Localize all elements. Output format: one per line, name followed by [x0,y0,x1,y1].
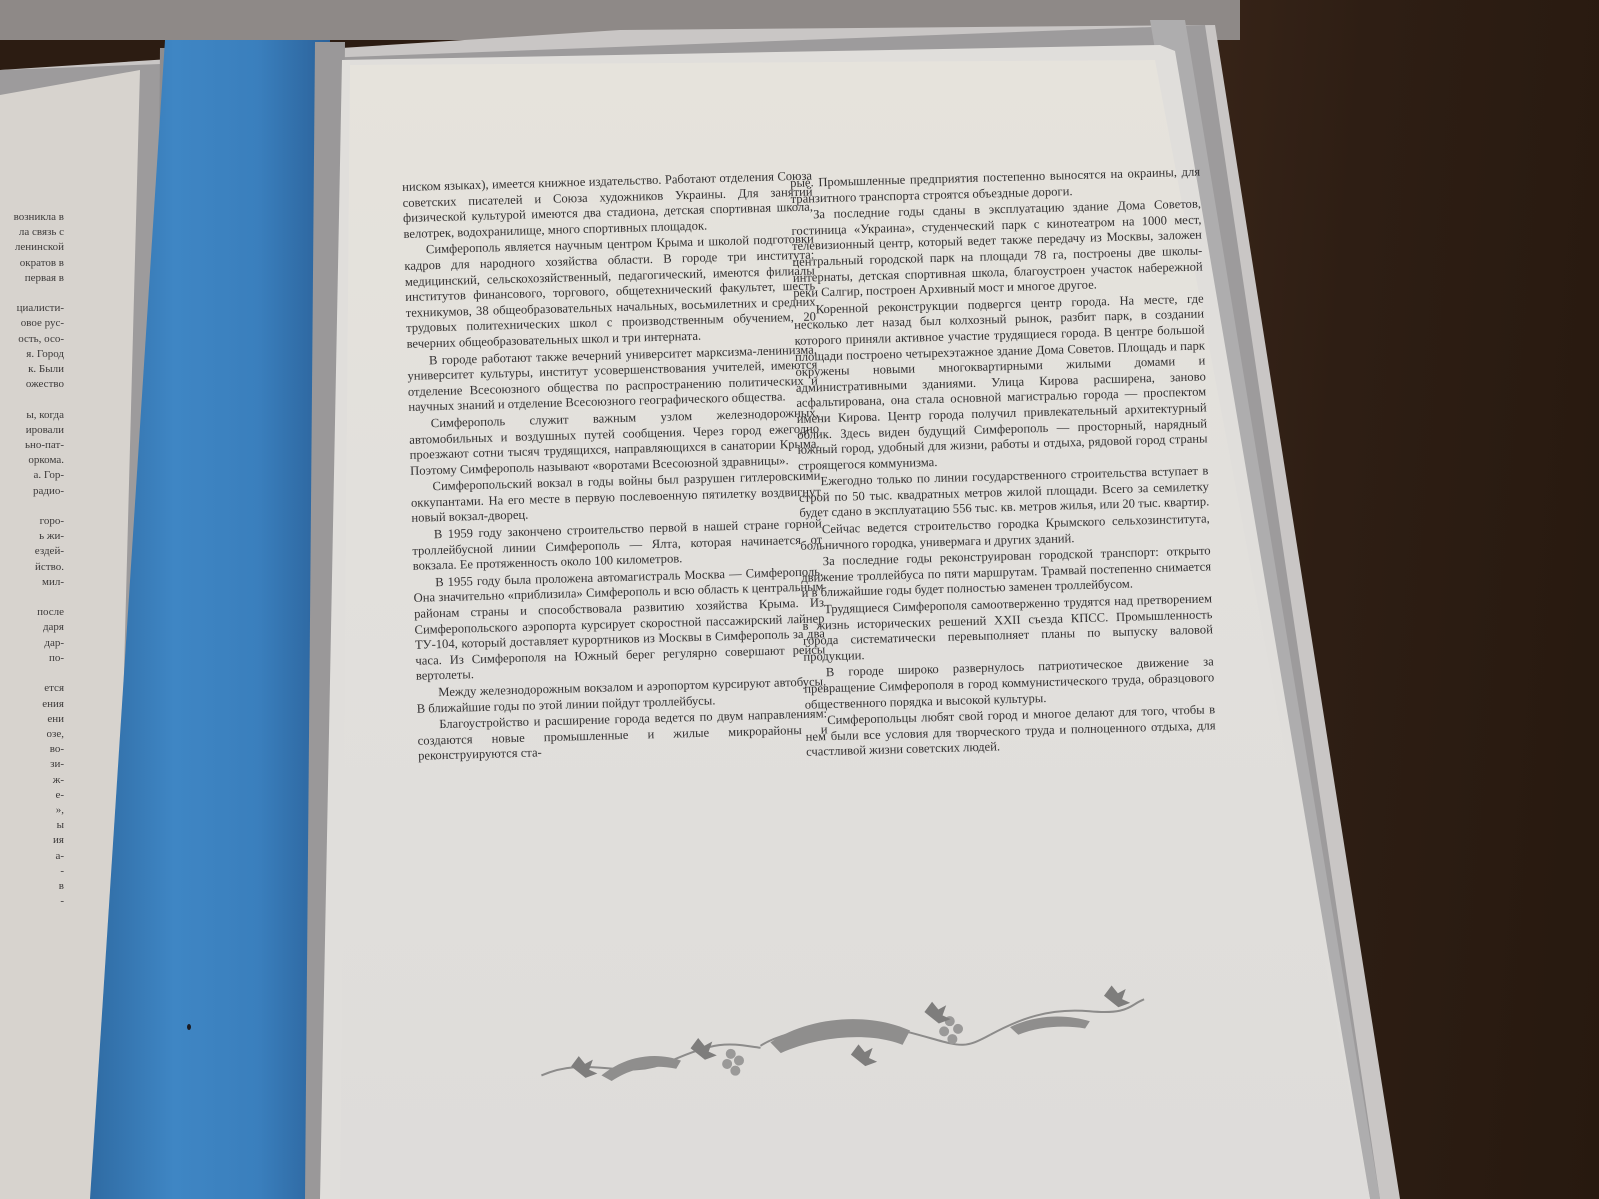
text-line: возникла в [0,210,64,225]
text-line: в [0,879,64,894]
text-line: во- [0,742,64,757]
text-line: йство. [0,560,64,575]
text-line: к. Были [0,362,64,377]
text-line: а. Гор- [0,468,64,483]
paragraph: Благоустройство и расширение города веде… [417,707,828,765]
paragraph: Коренной реконструкции подвергся центр г… [794,291,1209,474]
text-line: овое рус- [0,316,64,331]
text-column-left: ниском языках), имеется книжное издатель… [402,169,828,766]
text-line: ократов в [0,256,64,271]
text-line: по- [0,651,64,666]
text-line: мил- [0,575,64,590]
text-line: ж- [0,773,64,788]
text-line: ени [0,712,64,727]
text-line: е- [0,788,64,803]
text-line: ость, осо- [0,332,64,347]
text-line: ы, когда [0,408,64,423]
paragraph: ниском языках), имеется книжное издатель… [402,169,814,243]
paragraph: В 1955 году была проложена автомагистрал… [413,564,826,685]
text-line [0,590,64,605]
text-line [0,392,64,407]
text-line: ировали [0,423,64,438]
text-line [0,286,64,301]
paragraph: За последние годы сданы в эксплуатацию з… [791,197,1203,302]
text-line: », [0,803,64,818]
text-line: оркома. [0,453,64,468]
text-line: циалисти- [0,301,64,316]
text-line: - [0,894,64,909]
left-page-text-fragment: возникла вла связь сленинскойократов впе… [0,210,64,909]
text-line: зи- [0,757,64,772]
text-line: - [0,864,64,879]
text-line: даря [0,620,64,635]
text-line: первая в [0,271,64,286]
paragraph: Симферопольцы любят свой город и многое … [805,703,1216,761]
paragraph: Трудящиеся Симферополя самоотверженно тр… [802,591,1214,665]
text-line: я. Город [0,347,64,362]
paragraph: Симферополь служит важным узлом железнод… [409,405,821,479]
paragraph: Симферополь является научным центром Кры… [404,232,817,353]
text-line: ездей- [0,544,64,559]
text-line: ы [0,818,64,833]
text-line: горо- [0,514,64,529]
ink-spot [187,1024,191,1030]
paragraph: В городе работают также вечерний универс… [407,342,819,416]
text-line: ется [0,681,64,696]
text-line [0,666,64,681]
text-line: дар- [0,636,64,651]
text-line: ла связь с [0,225,64,240]
text-line: ьно-пат- [0,438,64,453]
text-line: а- [0,849,64,864]
text-line: ения [0,697,64,712]
text-line [0,499,64,514]
text-line: радио- [0,484,64,499]
text-line: ожество [0,377,64,392]
text-column-right: рые. Промышленные предприятия постепенно… [790,165,1216,762]
text-line: озе, [0,727,64,742]
text-line: ия [0,833,64,848]
text-line: ленинской [0,240,64,255]
text-line: ь жи- [0,529,64,544]
text-line: после [0,605,64,620]
